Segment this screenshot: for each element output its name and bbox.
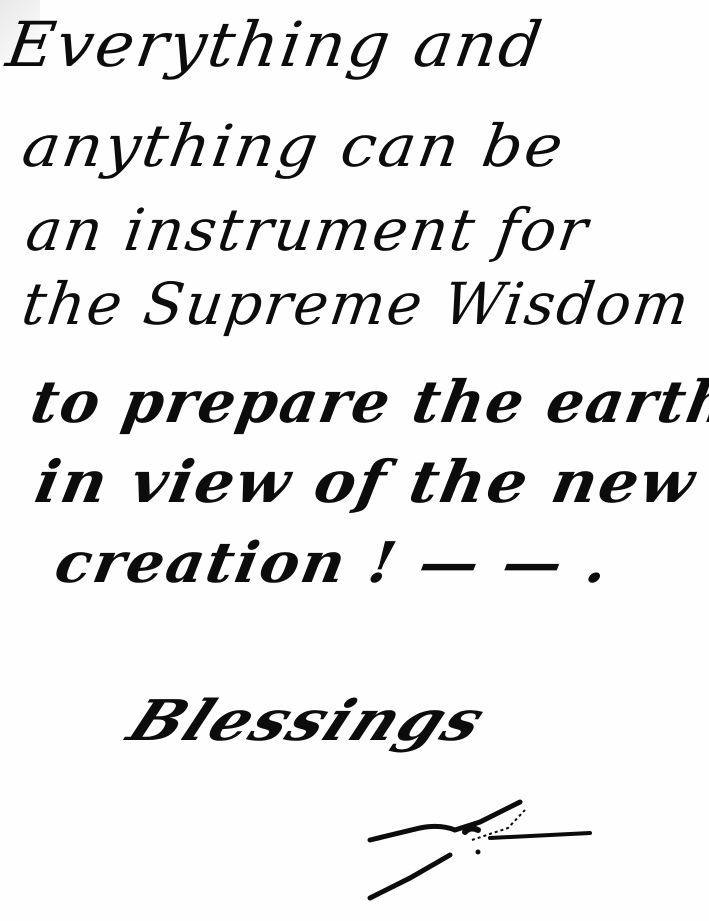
note-line-7: creation ! — — .	[50, 530, 615, 596]
signature-icon	[360, 780, 610, 910]
note-line-5: to prepare the earth	[26, 368, 709, 436]
note-line-2: anything can be	[18, 112, 570, 180]
closing-blessings: Blessings	[118, 688, 497, 754]
note-line-4: the Supreme Wisdom	[18, 270, 695, 338]
note-line-3: an instrument for	[22, 196, 594, 264]
note-line-1: Everything and	[2, 8, 549, 81]
note-line-6: in view of the new	[30, 448, 702, 516]
handwritten-note-page: Everything and anything can be an instru…	[0, 0, 709, 921]
